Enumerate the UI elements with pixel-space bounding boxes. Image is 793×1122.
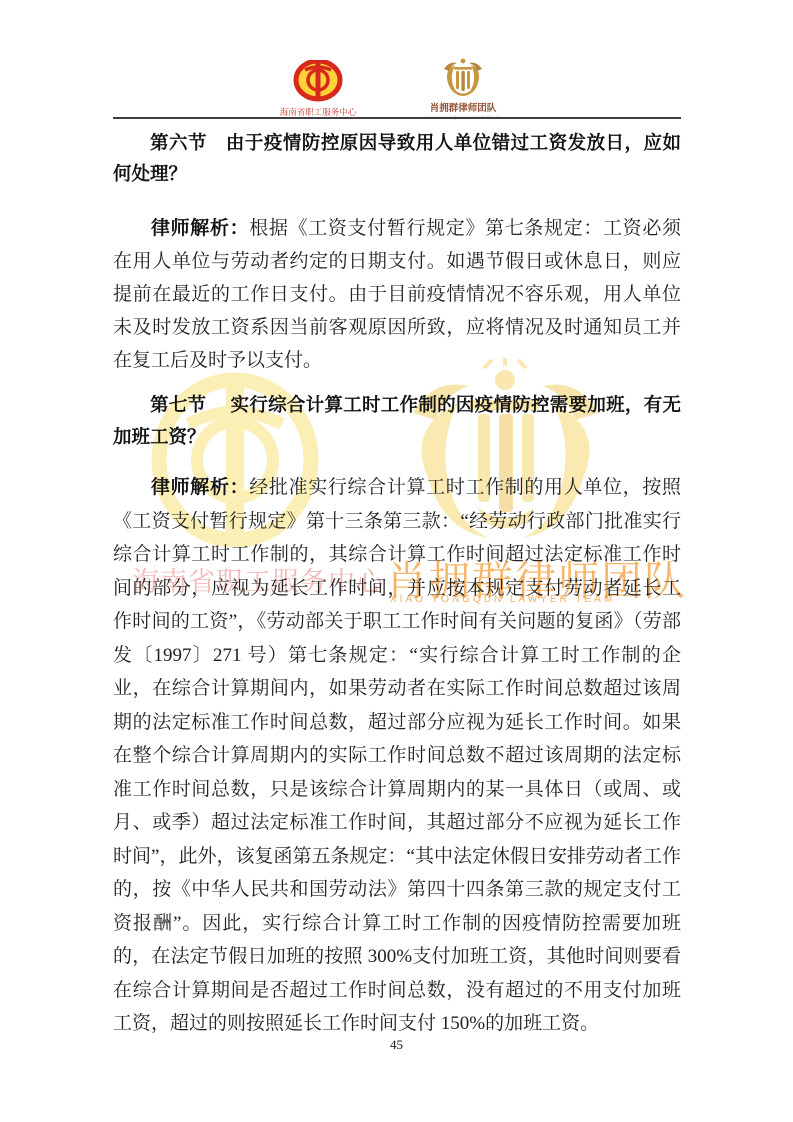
section-7-lead-label: 律师解析：	[151, 477, 249, 498]
section-7-body-text: 经批准实行综合计算工时工作制的用人单位，按照《工资支付暂行规定》第十三条第三款：…	[113, 477, 681, 1034]
document-page: 海南省职工服务中心 肖拥群律师团队 XIAO YONGQUN LAWYER TE…	[0, 0, 793, 1122]
union-logo-block: 海南省职工服务中心	[272, 60, 364, 118]
section-6-heading: 第六节 由于疫情防控原因导致用人单位错过工资发放日，应如何处理？	[113, 127, 681, 189]
section-6-body-text: 根据《工资支付暂行规定》第七条规定：工资必须在用人单位与劳动者约定的日期支付。如…	[113, 218, 681, 371]
section-6-lead-label: 律师解析：	[151, 218, 249, 239]
lawyer-logo-caption: 肖拥群律师团队	[430, 100, 497, 114]
page-number: 45	[0, 1037, 793, 1053]
lawyer-logo-block: 肖拥群律师团队 XIAO YONGQUN LAWYER TEAM	[412, 57, 514, 120]
header-divider	[113, 117, 681, 119]
union-logo-icon	[293, 60, 343, 104]
section-6-paragraph: 律师解析：根据《工资支付暂行规定》第七条规定：工资必须在用人单位与劳动者约定的日…	[113, 212, 681, 377]
section-7-heading: 第七节 实行综合计算工时工作制的因疫情防控需要加班，有无加班工资？	[113, 389, 681, 452]
lawyer-logo-icon	[440, 57, 486, 99]
section-7-paragraph: 律师解析：经批准实行综合计算工时工作制的用人单位，按照《工资支付暂行规定》第十三…	[113, 471, 681, 1041]
